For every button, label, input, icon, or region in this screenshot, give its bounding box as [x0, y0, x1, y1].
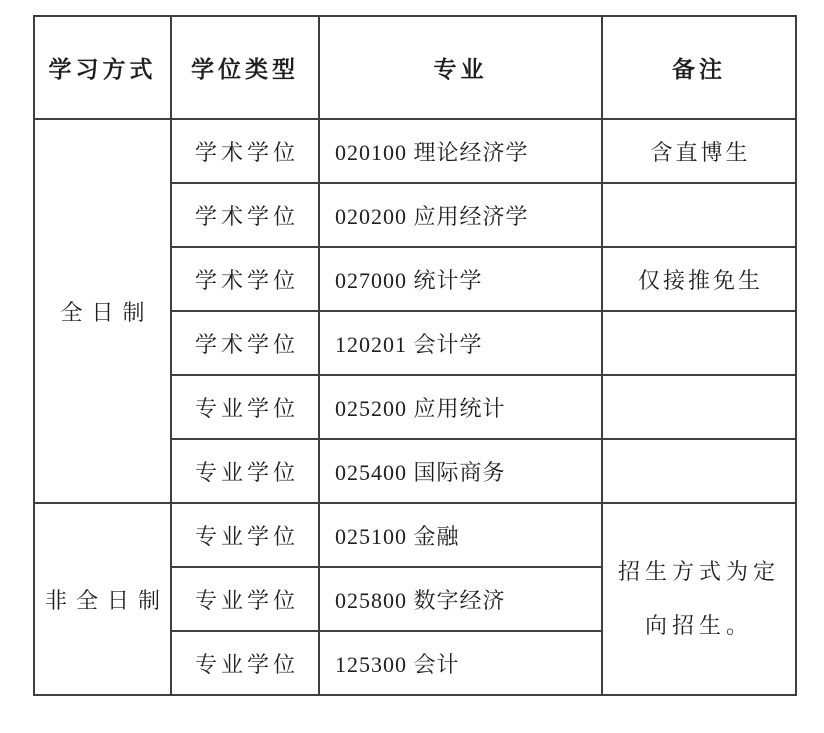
remark-merged-cell: 招生方式为定向招生。	[602, 503, 796, 695]
remark-cell	[602, 375, 796, 439]
table-body: 全日制学术学位020100 理论经济学含直博生学术学位020200 应用经济学学…	[34, 119, 796, 695]
major-cell: 020200 应用经济学	[319, 183, 602, 247]
remark-cell	[602, 439, 796, 503]
major-cell: 120201 会计学	[319, 311, 602, 375]
degree-type-cell: 专业学位	[171, 439, 319, 503]
major-cell: 020100 理论经济学	[319, 119, 602, 183]
degree-type-cell: 专业学位	[171, 375, 319, 439]
remark-cell	[602, 183, 796, 247]
degree-type-cell: 专业学位	[171, 567, 319, 631]
remark-cell: 仅接推免生	[602, 247, 796, 311]
table-row: 全日制学术学位020100 理论经济学含直博生	[34, 119, 796, 183]
degree-type-cell: 学术学位	[171, 183, 319, 247]
degree-type-cell: 学术学位	[171, 247, 319, 311]
header-cell-1: 学位类型	[171, 16, 319, 119]
header-cell-2: 专业	[319, 16, 602, 119]
header-cell-0: 学习方式	[34, 16, 171, 119]
header-row: 学习方式学位类型专业备注	[34, 16, 796, 119]
major-cell: 025800 数字经济	[319, 567, 602, 631]
degree-type-cell: 学术学位	[171, 311, 319, 375]
major-cell: 025400 国际商务	[319, 439, 602, 503]
major-cell: 027000 统计学	[319, 247, 602, 311]
admissions-table: 学习方式学位类型专业备注 全日制学术学位020100 理论经济学含直博生学术学位…	[33, 15, 797, 696]
remark-text: 招生方式为定向招生。	[615, 545, 783, 653]
remark-cell: 含直博生	[602, 119, 796, 183]
degree-type-cell: 专业学位	[171, 503, 319, 567]
remark-cell	[602, 311, 796, 375]
major-cell: 125300 会计	[319, 631, 602, 695]
table-header-row: 学习方式学位类型专业备注	[34, 16, 796, 119]
study-mode-cell: 全日制	[34, 119, 171, 503]
major-cell: 025100 金融	[319, 503, 602, 567]
study-mode-cell: 非全日制	[34, 503, 171, 695]
header-cell-3: 备注	[602, 16, 796, 119]
degree-type-cell: 专业学位	[171, 631, 319, 695]
degree-type-cell: 学术学位	[171, 119, 319, 183]
table-row: 非全日制专业学位025100 金融招生方式为定向招生。	[34, 503, 796, 567]
major-cell: 025200 应用统计	[319, 375, 602, 439]
